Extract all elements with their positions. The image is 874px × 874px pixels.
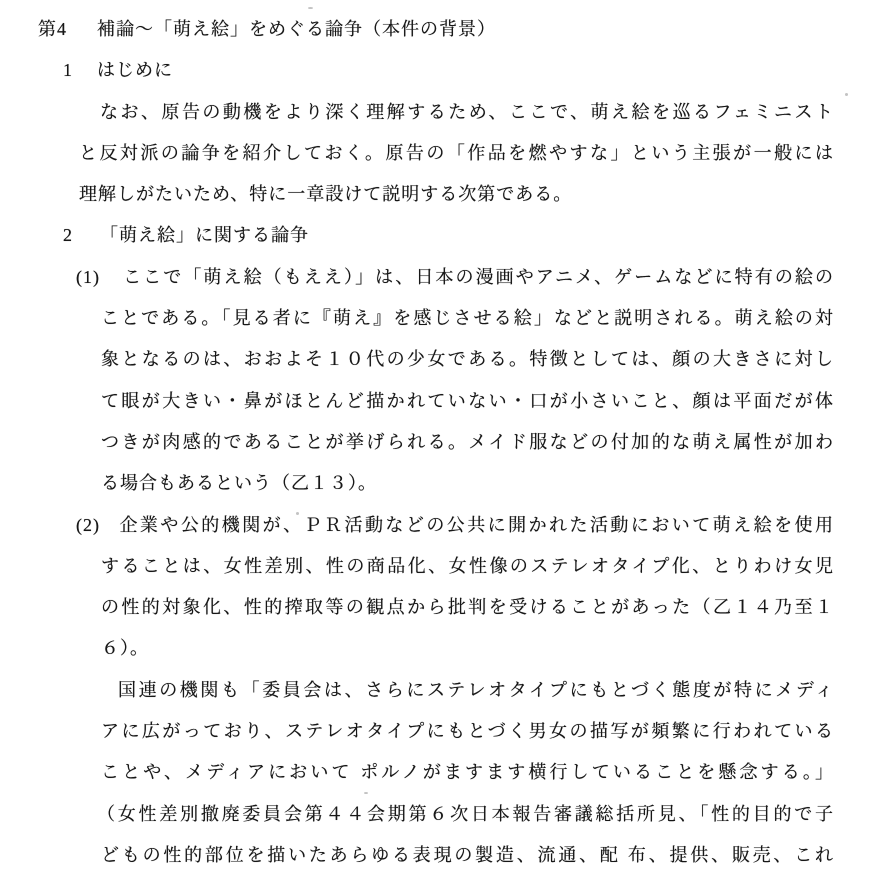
intro-paragraph-line-1: なお、原告の動機をより深く理解するため、ここで、萌え絵を巡るフェミニスト [0,92,874,133]
item-number: (1) [76,257,122,298]
subsection-2-heading-line: 2「萌え絵」に関する論争 [0,215,874,256]
item-1-line-4: て眼が大きい・鼻がほとんど描かれていない・口が小さいこと、顔は平面だが体 [0,381,874,422]
un-quote-line-2: アに広がっており、ステレオタイプにもとづく男女の描写が頻繁に行われている [0,711,874,752]
item-1-line-2: ことである。「見る者に『萌え』を感じさせる絵」などと説明される。萌え絵の対 [0,298,874,339]
item-2-line-4: ６）。 [0,628,874,669]
intro-paragraph-line-2: と反対派の論争を紹介しておく。原告の「作品を燃やすな」という主張が一般には [0,133,874,174]
un-citation-line-1: （女性差別撤廃委員会第４４会期第６次日本報告審議総括所見、「性的目的で子 [0,794,874,835]
item-2-line-3: の性的対象化、性的搾取等の観点から批判を受けることがあった（乙１４乃至１ [0,587,874,628]
item-text: ここで「萌え絵（もええ）」は、日本の漫画やアニメ、ゲームなどに特有の絵の [122,267,834,287]
item-2-line-1: (2)企業や公的機関が、ＰＲ活動などの公共に開かれた活動において萌え絵を使用 [0,505,874,546]
section-heading-text: 補論～「萌え絵」をめぐる論争（本件の背景） [97,19,496,39]
subsection-number: 1 [63,50,97,91]
section-number: 第4 [38,9,97,50]
section-heading-line: 第4補論～「萌え絵」をめぐる論争（本件の背景） [0,9,874,50]
item-1-line-5: つきが肉感的であることが挙げられる。メイド服などの付加的な萌え属性が加わ [0,422,874,463]
item-1-line-6: る場合もあるという（乙１３）。 [0,463,874,504]
document-page: 第4補論～「萌え絵」をめぐる論争（本件の背景） 1はじめに なお、原告の動機をよ… [0,0,874,874]
intro-paragraph-line-3: 理解しがたいため、特に一章設けて説明する次第である。 [0,174,874,215]
subsection-1-heading-line: 1はじめに [0,50,874,91]
item-2-line-2: することは、女性差別、性の商品化、女性像のステレオタイプ化、とりわけ女児 [0,546,874,587]
subsection-heading-text: 「萌え絵」に関する論争 [100,225,309,245]
item-number: (2) [76,505,118,546]
scan-speck [845,93,848,96]
item-text: 企業や公的機関が、ＰＲ活動などの公共に開かれた活動において萌え絵を使用 [118,515,834,535]
un-quote-line-3: ことや、メディアにおいて ポルノがますます横行していることを懸念する。」 [0,752,874,793]
scan-speck [296,512,299,515]
un-citation-line-2: どもの性的部位を描いたあらゆる表現の製造、流通、配 布、提供、販売、これ [0,835,874,874]
scan-speck [308,7,313,9]
item-1-line-3: 象となるのは、おおよそ１０代の少女である。特徴としては、顔の大きさに対し [0,339,874,380]
subsection-number: 2 [63,215,100,256]
scan-speck [364,792,368,794]
subsection-heading-text: はじめに [97,60,173,80]
item-1-line-1: (1)ここで「萌え絵（もええ）」は、日本の漫画やアニメ、ゲームなどに特有の絵の [0,257,874,298]
un-quote-line-1: 国連の機関も「委員会は、さらにステレオタイプにもとづく態度が特にメディ [0,670,874,711]
